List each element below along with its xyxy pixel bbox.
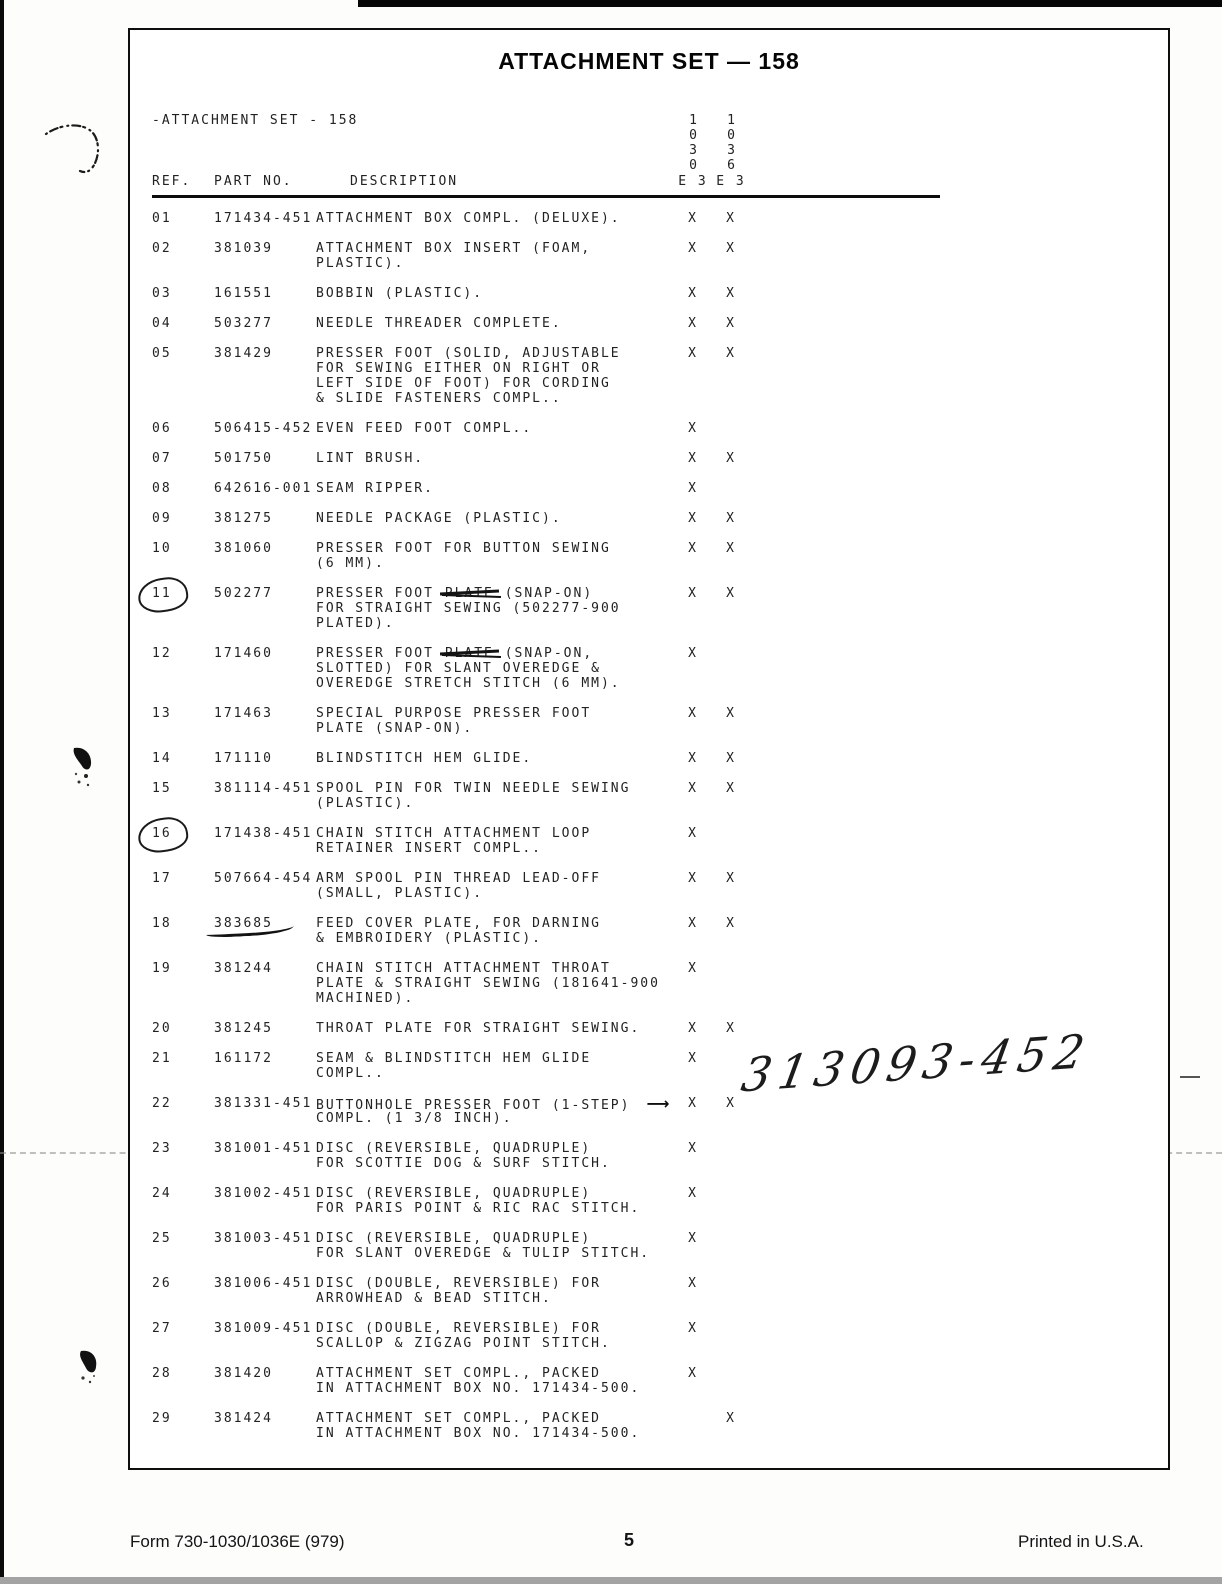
ref-cell: 25 (152, 1231, 214, 1246)
table-row: 04503277NEEDLE THREADER COMPLETE.XX (152, 316, 1168, 331)
table-row: 29381424ATTACHMENT SET COMPL., PACKEDIN … (152, 1411, 1168, 1441)
mark-1036-cell (712, 1186, 750, 1201)
ref-number: 12 (152, 646, 172, 661)
mark-1036-cell: X (712, 211, 750, 226)
model-column-digit: 1 (712, 113, 750, 128)
description-line: ATTACHMENT BOX COMPL. (DELUXE). (316, 211, 668, 226)
ref-cell: 21 (152, 1051, 214, 1066)
model-digits-row: -ATTACHMENT SET - 158 1 1 (152, 113, 1168, 128)
ref-number: 15 (152, 781, 172, 796)
ref-cell: 26 (152, 1276, 214, 1291)
part-no-cell: 171110 (214, 751, 316, 766)
mark-1036-cell: X (712, 916, 750, 931)
description-cell: LINT BRUSH. (316, 451, 668, 466)
mark-1036-cell (712, 961, 750, 976)
description-line: COMPL.. (316, 1066, 668, 1081)
part-number: 171110 (214, 751, 273, 766)
footer-printed-in: Printed in U.S.A. (1018, 1532, 1144, 1552)
ref-cell: 17 (152, 871, 214, 886)
handwritten-arrow-icon (630, 1098, 669, 1113)
description-line: FOR SEWING EITHER ON RIGHT OR (316, 361, 668, 376)
table-row: 28381420ATTACHMENT SET COMPL., PACKEDIN … (152, 1366, 1168, 1396)
mark-1036-cell (712, 481, 750, 496)
model-column-digit: 0 (674, 128, 712, 143)
table-row: 07501750LINT BRUSH.XX (152, 451, 1168, 466)
description-cell: DISC (REVERSIBLE, QUADRUPLE)FOR SCOTTIE … (316, 1141, 668, 1171)
description-line: SLOTTED) FOR SLANT OVEREDGE & (316, 661, 668, 676)
part-no-cell: 161172 (214, 1051, 316, 1066)
model-digits-row: 0 0 (152, 128, 1168, 143)
mark-1030-cell: X (674, 1186, 712, 1201)
mark-1030-cell: X (674, 481, 712, 496)
mark-1030-cell: X (674, 541, 712, 556)
table-row: 19381244CHAIN STITCH ATTACHMENT THROATPL… (152, 961, 1168, 1006)
part-no-cell: 642616-001 (214, 481, 316, 496)
mark-1030-cell: X (674, 211, 712, 226)
mark-1030-cell: X (674, 451, 712, 466)
description-line: SEAM RIPPER. (316, 481, 668, 496)
description-line: SEAM & BLINDSTITCH HEM GLIDE (316, 1051, 668, 1066)
mark-1036-cell (712, 646, 750, 661)
mark-1036-cell: X (712, 511, 750, 526)
table-row: 02381039ATTACHMENT BOX INSERT (FOAM,PLAS… (152, 241, 1168, 271)
ref-number: 27 (152, 1321, 172, 1336)
description-line: ATTACHMENT BOX INSERT (FOAM, (316, 241, 668, 256)
description-line: CHAIN STITCH ATTACHMENT THROAT (316, 961, 668, 976)
description-cell: DISC (DOUBLE, REVERSIBLE) FORARROWHEAD &… (316, 1276, 668, 1306)
part-number: 381039 (214, 241, 273, 256)
part-number: 381114-451 (214, 781, 312, 796)
mark-1036-cell (712, 826, 750, 841)
part-number: 381006-451 (214, 1276, 312, 1291)
part-number: 171434-451 (214, 211, 312, 226)
part-no-cell: 381424 (214, 1411, 316, 1426)
mark-1030-cell (674, 1411, 712, 1426)
description-cell: ATTACHMENT SET COMPL., PACKEDIN ATTACHME… (316, 1411, 668, 1441)
mark-1030-cell: X (674, 871, 712, 886)
part-no-cell: 381039 (214, 241, 316, 256)
page-title: ATTACHMENT SET — 158 (130, 48, 1168, 75)
table-row: 23381001-451DISC (REVERSIBLE, QUADRUPLE)… (152, 1141, 1168, 1171)
table-row: 06506415-452EVEN FEED FOOT COMPL..X (152, 421, 1168, 436)
ref-cell: 28 (152, 1366, 214, 1381)
ref-number: 05 (152, 346, 172, 361)
description-cell: PRESSER FOOT (SOLID, ADJUSTABLEFOR SEWIN… (316, 346, 668, 406)
mark-1030-cell: X (674, 1276, 712, 1291)
ref-number: 29 (152, 1411, 172, 1426)
ref-cell: 27 (152, 1321, 214, 1336)
part-no-cell: 171434-451 (214, 211, 316, 226)
description-cell: EVEN FEED FOOT COMPL.. (316, 421, 668, 436)
description-line: DISC (DOUBLE, REVERSIBLE) FOR (316, 1276, 668, 1291)
table-row: 17507664-454ARM SPOOL PIN THREAD LEAD-OF… (152, 871, 1168, 901)
mark-1030-cell: X (674, 961, 712, 976)
description-line: OVEREDGE STRETCH STITCH (6 MM). (316, 676, 668, 691)
description-cell: THROAT PLATE FOR STRAIGHT SEWING. (316, 1021, 668, 1036)
ref-cell: 24 (152, 1186, 214, 1201)
description-cell: CHAIN STITCH ATTACHMENT THROATPLATE & ST… (316, 961, 668, 1006)
bottom-scan-bar (0, 1577, 1222, 1584)
description-cell: PRESSER FOOT PLATE (SNAP-ON,SLOTTED) FOR… (316, 646, 668, 691)
document-page: ATTACHMENT SET — 158 -ATTACHMENT SET - 1… (128, 28, 1170, 1470)
column-header-desc: DESCRIPTION (316, 174, 668, 189)
ref-number: 09 (152, 511, 172, 526)
header-rule (152, 195, 940, 198)
description-cell: SEAM RIPPER. (316, 481, 668, 496)
ink-blot (68, 744, 102, 796)
part-number: 381244 (214, 961, 273, 976)
scan-speck (1180, 1076, 1200, 1078)
part-number: 381002-451 (214, 1186, 312, 1201)
part-number: 381060 (214, 541, 273, 556)
description-cell: ATTACHMENT SET COMPL., PACKEDIN ATTACHME… (316, 1366, 668, 1396)
ref-cell: 12 (152, 646, 214, 661)
ref-cell: 20 (152, 1021, 214, 1036)
ref-cell: 29 (152, 1411, 214, 1426)
model-column-digit: 0 (712, 128, 750, 143)
part-no-cell: 381003-451 (214, 1231, 316, 1246)
description-line: BUTTONHOLE PRESSER FOOT (1-STEP) (316, 1096, 668, 1111)
table-row: 27381009-451DISC (DOUBLE, REVERSIBLE) FO… (152, 1321, 1168, 1351)
mark-1030-cell: X (674, 646, 712, 661)
description-line: FEED COVER PLATE, FOR DARNING (316, 916, 668, 931)
table-row: 12171460PRESSER FOOT PLATE (SNAP-ON,SLOT… (152, 646, 1168, 691)
description-line: PRESSER FOOT PLATE (SNAP-ON) (316, 586, 668, 601)
description-line: SPECIAL PURPOSE PRESSER FOOT (316, 706, 668, 721)
part-number: 381429 (214, 346, 273, 361)
description-line: DISC (DOUBLE, REVERSIBLE) FOR (316, 1321, 668, 1336)
ref-number: 19 (152, 961, 172, 976)
part-number: 171438-451 (214, 826, 312, 841)
description-line: & SLIDE FASTENERS COMPL.. (316, 391, 668, 406)
ink-blot (74, 1348, 108, 1398)
part-number: 381331-451 (214, 1096, 312, 1111)
description-cell: SPOOL PIN FOR TWIN NEEDLE SEWING(PLASTIC… (316, 781, 668, 811)
description-line: DISC (REVERSIBLE, QUADRUPLE) (316, 1141, 668, 1156)
description-cell: PRESSER FOOT PLATE (SNAP-ON)FOR STRAIGHT… (316, 586, 668, 631)
description-cell: PRESSER FOOT FOR BUTTON SEWING(6 MM). (316, 541, 668, 571)
part-number: 381424 (214, 1411, 273, 1426)
model-column-label-1036: E 3 (712, 174, 750, 189)
description-line: PLATE (SNAP-ON). (316, 721, 668, 736)
description-line: (6 MM). (316, 556, 668, 571)
footer-form-number: Form 730-1030/1036E (979) (130, 1532, 345, 1552)
mark-1030-cell: X (674, 1321, 712, 1336)
mark-1036-cell (712, 1366, 750, 1381)
part-no-cell: 381429 (214, 346, 316, 361)
pen-circle-annotation: 11 (152, 586, 172, 601)
mark-1030-cell: X (674, 781, 712, 796)
part-no-cell: 381244 (214, 961, 316, 976)
mark-1036-cell: X (712, 541, 750, 556)
table-row: 09381275NEEDLE PACKAGE (PLASTIC).XX (152, 511, 1168, 526)
mark-1030-cell: X (674, 286, 712, 301)
ref-cell: 10 (152, 541, 214, 556)
ref-cell: 03 (152, 286, 214, 301)
part-no-cell: 381245 (214, 1021, 316, 1036)
part-no-cell: 501750 (214, 451, 316, 466)
pen-curve-mark (42, 116, 112, 186)
ref-cell: 07 (152, 451, 214, 466)
mark-1036-cell: X (712, 1021, 750, 1036)
description-line: (PLASTIC). (316, 796, 668, 811)
description-line: ATTACHMENT SET COMPL., PACKED (316, 1411, 668, 1426)
struck-out-word: PLATE (444, 586, 495, 601)
mark-1030-cell: X (674, 1021, 712, 1036)
description-line: PLASTIC). (316, 256, 668, 271)
description-line: COMPL. (1 3/8 INCH). (316, 1111, 668, 1126)
part-number: 503277 (214, 316, 273, 331)
description-line: RETAINER INSERT COMPL.. (316, 841, 668, 856)
description-line: ARM SPOOL PIN THREAD LEAD-OFF (316, 871, 668, 886)
mark-1030-cell: X (674, 586, 712, 601)
description-line: FOR SLANT OVEREDGE & TULIP STITCH. (316, 1246, 668, 1261)
description-cell: SPECIAL PURPOSE PRESSER FOOTPLATE (SNAP-… (316, 706, 668, 736)
description-cell: ATTACHMENT BOX COMPL. (DELUXE). (316, 211, 668, 226)
part-number: 161172 (214, 1051, 273, 1066)
part-no-cell: 383685 (214, 916, 316, 931)
part-no-cell: 381331-451 (214, 1096, 316, 1111)
description-line: MACHINED). (316, 991, 668, 1006)
ref-cell: 02 (152, 241, 214, 256)
ref-cell: 14 (152, 751, 214, 766)
mark-1030-cell: X (674, 346, 712, 361)
description-cell: NEEDLE THREADER COMPLETE. (316, 316, 668, 331)
description-cell: NEEDLE PACKAGE (PLASTIC). (316, 511, 668, 526)
part-number: 642616-001 (214, 481, 312, 496)
mark-1036-cell (712, 1321, 750, 1336)
description-line: SCALLOP & ZIGZAG POINT STITCH. (316, 1336, 668, 1351)
model-column-digit: 3 (674, 143, 712, 158)
pen-circle-annotation: 16 (152, 826, 172, 841)
part-number: 381001-451 (214, 1141, 312, 1156)
table-row: 11502277PRESSER FOOT PLATE (SNAP-ON)FOR … (152, 586, 1168, 631)
model-column-digit: 1 (674, 113, 712, 128)
part-number: 161551 (214, 286, 273, 301)
description-line: THROAT PLATE FOR STRAIGHT SEWING. (316, 1021, 668, 1036)
part-number: 501750 (214, 451, 273, 466)
mark-1030-cell: X (674, 916, 712, 931)
description-line: NEEDLE THREADER COMPLETE. (316, 316, 668, 331)
description-line: CHAIN STITCH ATTACHMENT LOOP (316, 826, 668, 841)
description-cell: BLINDSTITCH HEM GLIDE. (316, 751, 668, 766)
model-digits-row: 0 6 (152, 158, 1168, 173)
ref-number: 08 (152, 481, 172, 496)
ref-number: 18 (152, 916, 172, 931)
description-line: BLINDSTITCH HEM GLIDE. (316, 751, 668, 766)
table-row: 13171463SPECIAL PURPOSE PRESSER FOOTPLAT… (152, 706, 1168, 736)
part-number: 507664-454 (214, 871, 312, 886)
mark-1030-cell: X (674, 511, 712, 526)
part-number: 381245 (214, 1021, 273, 1036)
description-line: FOR SCOTTIE DOG & SURF STITCH. (316, 1156, 668, 1171)
description-line: NEEDLE PACKAGE (PLASTIC). (316, 511, 668, 526)
struck-out-word: PLATE (444, 646, 495, 661)
part-no-cell: 381009-451 (214, 1321, 316, 1336)
ref-cell: 19 (152, 961, 214, 976)
table-row: 25381003-451DISC (REVERSIBLE, QUADRUPLE)… (152, 1231, 1168, 1261)
mark-1036-cell: X (712, 241, 750, 256)
ref-cell: 15 (152, 781, 214, 796)
ref-number: 21 (152, 1051, 172, 1066)
ref-number: 17 (152, 871, 172, 886)
ref-cell: 16 (152, 826, 214, 841)
description-cell: ARM SPOOL PIN THREAD LEAD-OFF(SMALL, PLA… (316, 871, 668, 901)
ref-number: 23 (152, 1141, 172, 1156)
ref-cell: 13 (152, 706, 214, 721)
description-cell: ATTACHMENT BOX INSERT (FOAM,PLASTIC). (316, 241, 668, 271)
description-line: ARROWHEAD & BEAD STITCH. (316, 1291, 668, 1306)
description-cell: BOBBIN (PLASTIC). (316, 286, 668, 301)
ref-cell: 05 (152, 346, 214, 361)
table-row: 14171110BLINDSTITCH HEM GLIDE.XX (152, 751, 1168, 766)
mark-1030-cell: X (674, 1096, 712, 1111)
description-cell: DISC (REVERSIBLE, QUADRUPLE)FOR PARIS PO… (316, 1186, 668, 1216)
footer-page-number: 5 (624, 1530, 634, 1551)
part-number: 381275 (214, 511, 273, 526)
left-scan-bar (0, 0, 4, 1584)
ref-number: 24 (152, 1186, 172, 1201)
description-cell: DISC (REVERSIBLE, QUADRUPLE)FOR SLANT OV… (316, 1231, 668, 1261)
description-line: PRESSER FOOT (SOLID, ADJUSTABLE (316, 346, 668, 361)
ref-cell: 22 (152, 1096, 214, 1111)
description-cell: DISC (DOUBLE, REVERSIBLE) FORSCALLOP & Z… (316, 1321, 668, 1351)
description-cell: SEAM & BLINDSTITCH HEM GLIDECOMPL.. (316, 1051, 668, 1081)
description-line: PLATE & STRAIGHT SEWING (181641-900 (316, 976, 668, 991)
mark-1036-cell (712, 421, 750, 436)
mark-1030-cell: X (674, 1231, 712, 1246)
mark-1036-cell: X (712, 316, 750, 331)
mark-1036-cell (712, 1141, 750, 1156)
description-line: LEFT SIDE OF FOOT) FOR CORDING (316, 376, 668, 391)
part-number: 381009-451 (214, 1321, 312, 1336)
description-line: FOR STRAIGHT SEWING (502277-900 (316, 601, 668, 616)
ref-number: 14 (152, 751, 172, 766)
ref-number: 28 (152, 1366, 172, 1381)
ref-cell: 01 (152, 211, 214, 226)
part-no-cell: 506415-452 (214, 421, 316, 436)
description-line: DISC (REVERSIBLE, QUADRUPLE) (316, 1231, 668, 1246)
mark-1036-cell: X (712, 586, 750, 601)
part-no-cell: 381060 (214, 541, 316, 556)
top-scan-bar (358, 0, 1222, 7)
table-row: 01171434-451ATTACHMENT BOX COMPL. (DELUX… (152, 211, 1168, 226)
part-no-cell: 381001-451 (214, 1141, 316, 1156)
mark-1030-cell: X (674, 241, 712, 256)
column-header-part: PART NO. (214, 174, 316, 189)
model-column-label-1030: E 3 (674, 174, 712, 189)
description-line: FOR PARIS POINT & RIC RAC STITCH. (316, 1201, 668, 1216)
table-row: 15381114-451SPOOL PIN FOR TWIN NEEDLE SE… (152, 781, 1168, 811)
part-no-cell: 171438-451 (214, 826, 316, 841)
mark-1036-cell: X (712, 346, 750, 361)
ref-number: 04 (152, 316, 172, 331)
part-no-cell: 502277 (214, 586, 316, 601)
table-row: 18383685FEED COVER PLATE, FOR DARNING& E… (152, 916, 1168, 946)
description-line: ATTACHMENT SET COMPL., PACKED (316, 1366, 668, 1381)
mark-1036-cell (712, 1276, 750, 1291)
description-line: PRESSER FOOT PLATE (SNAP-ON, (316, 646, 668, 661)
mark-1036-cell: X (712, 286, 750, 301)
ref-number: 13 (152, 706, 172, 721)
model-column-digit: 0 (674, 158, 712, 173)
table-subheader: -ATTACHMENT SET - 158 (152, 113, 668, 128)
part-no-cell: 381002-451 (214, 1186, 316, 1201)
part-number: 171463 (214, 706, 273, 721)
part-number: 171460 (214, 646, 273, 661)
description-line: DISC (REVERSIBLE, QUADRUPLE) (316, 1186, 668, 1201)
column-header-row: REF. PART NO. DESCRIPTION E 3 E 3 (152, 174, 1168, 189)
part-no-cell: 161551 (214, 286, 316, 301)
mark-1030-cell: X (674, 1366, 712, 1381)
table-row: 26381006-451DISC (DOUBLE, REVERSIBLE) FO… (152, 1276, 1168, 1306)
part-no-cell: 381420 (214, 1366, 316, 1381)
description-cell: FEED COVER PLATE, FOR DARNING& EMBROIDER… (316, 916, 668, 946)
part-number: 506415-452 (214, 421, 312, 436)
ref-number: 03 (152, 286, 172, 301)
ref-number: 22 (152, 1096, 172, 1111)
part-no-cell: 171460 (214, 646, 316, 661)
pen-underline-annotation: 383685 (214, 916, 273, 931)
description-line: EVEN FEED FOOT COMPL.. (316, 421, 668, 436)
table-row: 03161551BOBBIN (PLASTIC).XX (152, 286, 1168, 301)
description-line: SPOOL PIN FOR TWIN NEEDLE SEWING (316, 781, 668, 796)
mark-1036-cell: X (712, 781, 750, 796)
mark-1036-cell: X (712, 706, 750, 721)
mark-1036-cell: X (712, 451, 750, 466)
part-no-cell: 507664-454 (214, 871, 316, 886)
description-line: PLATED). (316, 616, 668, 631)
mark-1030-cell: X (674, 706, 712, 721)
part-number: 381003-451 (214, 1231, 312, 1246)
ref-cell: 08 (152, 481, 214, 496)
description-line: (SMALL, PLASTIC). (316, 886, 668, 901)
ref-number: 02 (152, 241, 172, 256)
ref-number: 25 (152, 1231, 172, 1246)
table-body: 01171434-451ATTACHMENT BOX COMPL. (DELUX… (152, 211, 1168, 1441)
part-no-cell: 381275 (214, 511, 316, 526)
ref-cell: 04 (152, 316, 214, 331)
table-row: 10381060PRESSER FOOT FOR BUTTON SEWING(6… (152, 541, 1168, 571)
mark-1030-cell: X (674, 421, 712, 436)
model-digits-row: 3 3 (152, 143, 1168, 158)
ref-cell: 23 (152, 1141, 214, 1156)
mark-1030-cell: X (674, 1141, 712, 1156)
parts-table: -ATTACHMENT SET - 158 1 1 0 0 3 3 0 6 RE… (152, 113, 1168, 1441)
part-number: 502277 (214, 586, 273, 601)
description-line: IN ATTACHMENT BOX NO. 171434-500. (316, 1426, 668, 1441)
model-column-digit: 6 (712, 158, 750, 173)
part-no-cell: 171463 (214, 706, 316, 721)
mark-1030-cell: X (674, 826, 712, 841)
description-line: BOBBIN (PLASTIC). (316, 286, 668, 301)
table-row: 05381429PRESSER FOOT (SOLID, ADJUSTABLEF… (152, 346, 1168, 406)
ref-number: 07 (152, 451, 172, 466)
table-row: 08642616-001SEAM RIPPER.X (152, 481, 1168, 496)
mark-1036-cell: X (712, 751, 750, 766)
ref-cell: 11 (152, 586, 214, 601)
part-number: 381420 (214, 1366, 273, 1381)
description-line: LINT BRUSH. (316, 451, 668, 466)
description-cell: CHAIN STITCH ATTACHMENT LOOPRETAINER INS… (316, 826, 668, 856)
description-cell: BUTTONHOLE PRESSER FOOT (1-STEP)COMPL. (… (316, 1096, 668, 1126)
part-no-cell: 381006-451 (214, 1276, 316, 1291)
table-row: 16171438-451CHAIN STITCH ATTACHMENT LOOP… (152, 826, 1168, 856)
table-row: 24381002-451DISC (REVERSIBLE, QUADRUPLE)… (152, 1186, 1168, 1216)
ref-number: 01 (152, 211, 172, 226)
mark-1030-cell: X (674, 1051, 712, 1066)
ref-cell: 06 (152, 421, 214, 436)
